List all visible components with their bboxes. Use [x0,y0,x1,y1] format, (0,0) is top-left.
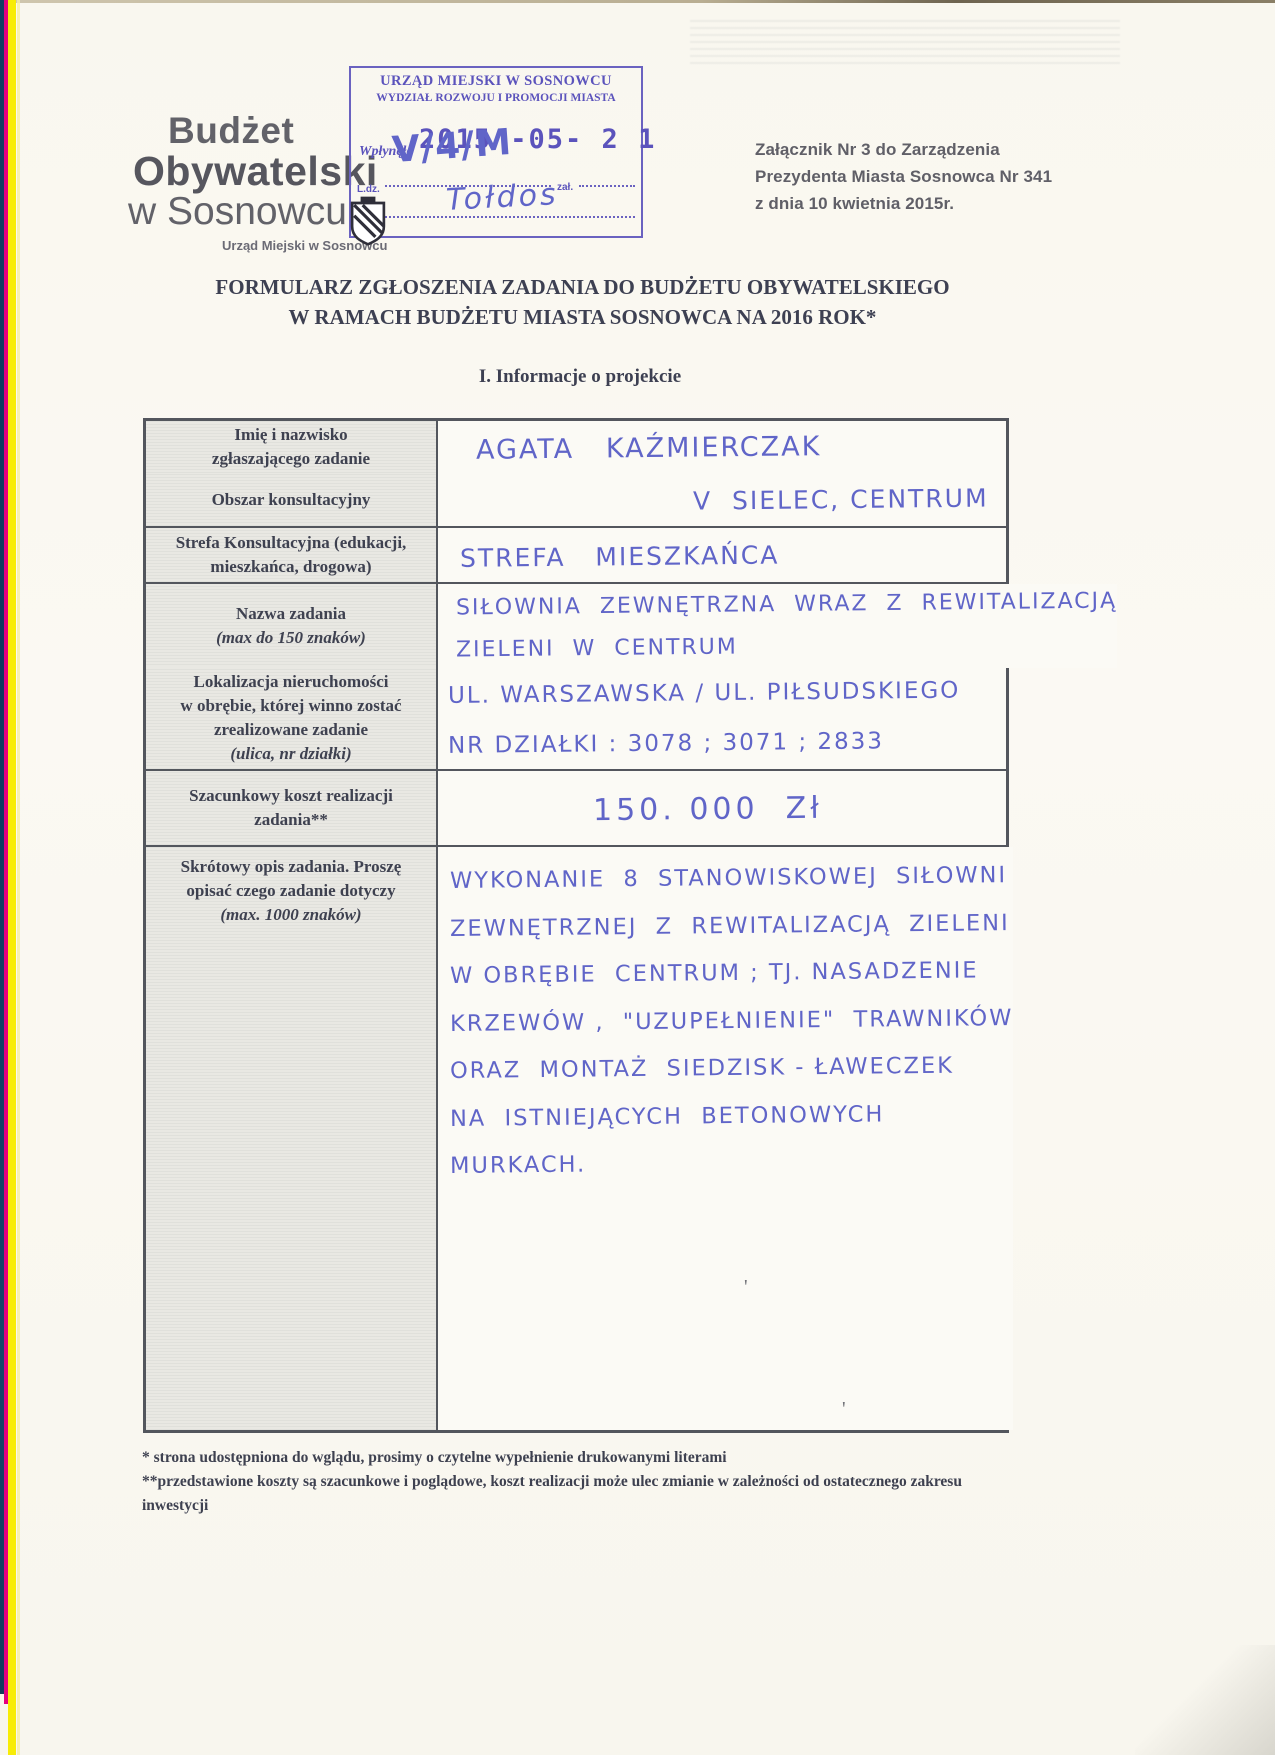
label-cell: Skrótowy opis zadania. Proszę opisać cze… [146,847,438,1430]
label-cell: Imię i nazwisko zgłaszającego zadanie [146,421,438,473]
stamp-dotted-line [369,216,635,218]
annex-line-1: Załącznik Nr 3 do Zarządzenia [755,136,1052,163]
label-line: zrealizowane zadanie [214,718,368,742]
handwritten-value: W OBRĘBIE CENTRUM ; TJ. NASADZENIE [450,947,1014,1000]
annex-reference: Załącznik Nr 3 do Zarządzenia Prezydenta… [755,136,1052,217]
label-cell: Strefa Konsultacyjna (edukacji, mieszkań… [146,528,438,582]
handwritten-value: STREFA MIESZKAŃCA [460,538,1006,573]
label-line: Obszar konsultacyjny [212,488,371,512]
handwritten-value: ZIELENI W CENTRUM [456,623,1118,672]
label-line: Szacunkowy koszt realizacji [189,784,393,808]
label-line: zgłaszającego zadanie [212,447,370,471]
scan-corner-shadow [1135,1645,1275,1755]
logo-line-3: w Sosnowcu [128,190,347,234]
label-cell: Szacunkowy koszt realizacji zadania** [146,771,438,845]
scan-smudge [690,20,1120,66]
label-line: Strefa Konsultacyjna (edukacji, [176,531,407,555]
handwritten-value: 150. 000 Zł [593,788,1006,827]
label-line: Skrótowy opis zadania. Proszę [181,855,402,879]
handwritten-value: ORAZ MONTAŻ SIEDZISK - ŁAWECZEK [450,1042,1014,1095]
footnote-1: * strona udostępniona do wglądu, prosimy… [142,1446,1092,1470]
stamp-department: WYDZIAŁ ROZWOJU I PROMOCJI MIASTA [351,92,641,104]
footnotes: * strona udostępniona do wglądu, prosimy… [142,1446,1092,1518]
handwritten-value: UL. WARSZAWSKA / UL. PIŁSUDSKIEGO [448,665,1006,721]
scan-stripe-pale [17,0,20,1755]
handwritten-value: MURKACH. [450,1137,1014,1190]
form-table: Imię i nazwisko zgłaszającego zadanie AG… [143,418,1009,1433]
city-crest-icon [350,196,386,246]
label-cell: Lokalizacja nieruchomości w obrębie, któ… [146,667,438,769]
stamp-zal-label: zał. [557,182,573,193]
value-cell: SIŁOWNIA ZEWNĘTRZNA WRAZ Z REWITALIZACJĄ… [438,584,1117,668]
table-row-task-description: Skrótowy opis zadania. Proszę opisać cze… [146,847,1006,1430]
scan-stripe-yellow [8,0,16,1755]
label-cell: Obszar konsultacyjny [146,473,438,526]
table-row-estimated-cost: Szacunkowy koszt realizacji zadania** 15… [146,771,1006,847]
handwritten-value: V SIELEC, CENTRUM [693,483,1006,515]
stamp-dotted-line [579,185,635,187]
table-row-location: Lokalizacja nieruchomości w obrębie, któ… [146,667,1006,771]
label-line: Lokalizacja nieruchomości [193,670,388,694]
scanned-page: Budżet Obywatelski w Sosnowcu Urząd Miej… [0,0,1275,1755]
stray-mark: ' [744,1276,748,1299]
label-line: mieszkańca, drogowa) [210,555,371,579]
stamp-office-name: URZĄD MIEJSKI W SOSNOWCU [351,73,641,90]
stamp-ldz-label: L.dz. [357,184,380,195]
stray-mark: ' [842,1398,846,1421]
handwritten-value: KRZEWÓW , "UZUPEŁNIENIE" TRAWNIKÓW [450,995,1014,1048]
label-line: Nazwa zadania [236,602,346,626]
annex-line-2: Prezydenta Miasta Sosnowca Nr 341 [755,163,1052,190]
label-note: (max. 1000 znaków) [220,903,361,927]
logo-line-2: Obywatelski [133,148,378,195]
handwritten-value: ZEWNĘTRZNEJ Z REWITALIZACJĄ ZIELENI [450,900,1014,953]
handwritten-signature: Tołdos [445,177,559,218]
handwritten-value: NA ISTNIEJĄCYCH BETONOWYCH [450,1090,1014,1143]
form-title: FORMULARZ ZGŁOSZENIA ZADANIA DO BUDŻETU … [0,272,1165,332]
label-line: zadania** [254,808,328,832]
handwritten-value: WYKONANIE 8 STANOWISKOWEJ SIŁOWNI [450,852,1014,905]
form-title-line-1: FORMULARZ ZGŁOSZENIA ZADANIA DO BUDŻETU … [0,272,1165,302]
annex-line-3: z dnia 10 kwietnia 2015r. [755,190,1052,217]
table-row-applicant-name: Imię i nazwisko zgłaszającego zadanie AG… [146,421,1006,473]
section-heading: I. Informacje o projekcie [0,366,1160,388]
label-line: Imię i nazwisko [234,423,347,447]
label-line: opisać czego zadanie dotyczy [186,879,395,903]
value-cell: STREFA MIESZKAŃCA [438,528,1006,582]
handwritten-value: NR DZIAŁKI : 3078 ; 3071 ; 2833 [448,715,1006,771]
label-note: (ulica, nr działki) [230,742,351,766]
scan-top-edge [0,0,1275,3]
handwritten-value: SIŁOWNIA ZEWNĘTRZNA WRAZ Z REWITALIZACJĄ [456,581,1118,630]
handwritten-value: AGATA KAŹMIERCZAK [476,429,1006,466]
footnote-2-line-1: **przedstawione koszty są szacunkowe i p… [142,1470,1092,1494]
value-cell: AGATA KAŹMIERCZAK [438,421,1006,473]
label-cell: Nazwa zadania (max do 150 znaków) [146,584,438,668]
footnote-2-line-2: inwestycji [142,1494,1092,1518]
table-row-consultation-area: Obszar konsultacyjny V SIELEC, CENTRUM [146,473,1006,528]
value-cell: 150. 000 Zł [438,771,1006,845]
table-row-consultation-zone: Strefa Konsultacyjna (edukacji, mieszkań… [146,528,1006,584]
label-note: (max do 150 znaków) [216,626,366,650]
table-row-task-name: Nazwa zadania (max do 150 znaków) SIŁOWN… [146,584,1006,667]
form-title-line-2: W RAMACH BUDŻETU MIASTA SOSNOWCA NA 2016… [0,302,1165,332]
value-cell: V SIELEC, CENTRUM [438,473,1006,526]
value-cell: UL. WARSZAWSKA / UL. PIŁSUDSKIEGO NR DZI… [438,667,1006,769]
handwritten-reference-number: V/4/M [391,122,514,171]
logo-line-1: Budżet [168,110,294,152]
value-cell: WYKONANIE 8 STANOWISKOWEJ SIŁOWNI ZEWNĘT… [438,847,1013,1430]
label-line: w obrębie, której winno zostać [180,694,401,718]
